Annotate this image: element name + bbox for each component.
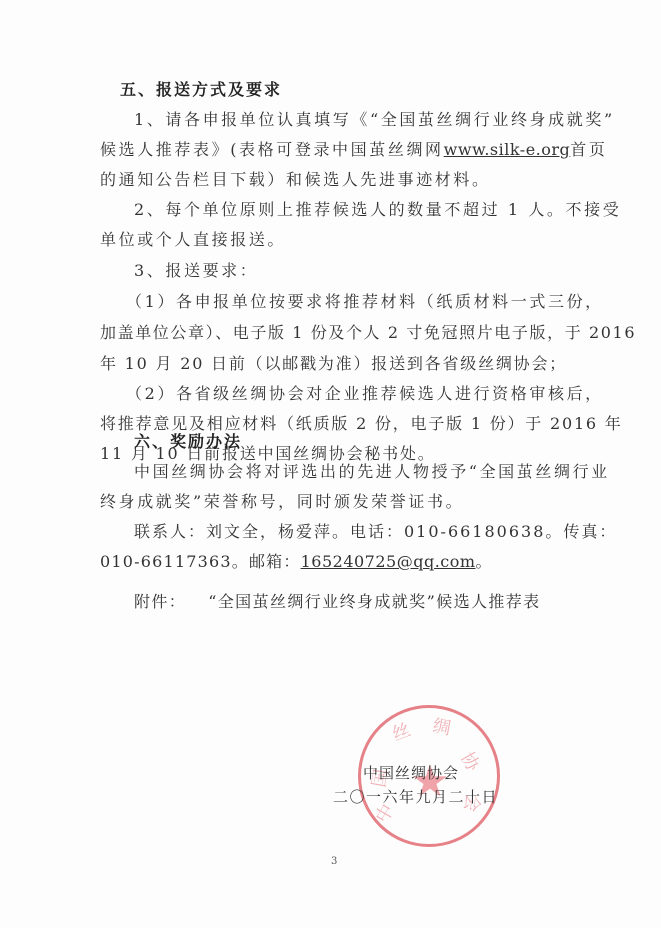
item-3-sub-1-line-2: 加盖单位公章）、电子版 1 份及个人 2 寸免冠照片电子版，于 2016 xyxy=(100,323,636,343)
contact-line-1: 联系人：刘文全，杨爱萍。电话：010-66180638。传真： xyxy=(134,522,617,542)
attachment-title[interactable]: “全国茧丝绸行业终身成就奖”候选人推荐表 xyxy=(208,592,540,611)
document-page: 五、报送方式及要求 1、请各申报单位认真填写《“全国茧丝绸行业终身成就奖” 候选… xyxy=(0,0,661,928)
item-1-line-2-text: 候选人推荐表》(表格可登录中国茧丝绸网 xyxy=(100,140,444,159)
contact-line-2: 010-66117363。邮箱：165240725@qq.com。 xyxy=(100,552,493,572)
item-1-line-2: 候选人推荐表》(表格可登录中国茧丝绸网www.silk-e.org首页 xyxy=(100,140,607,160)
section-5-heading: 五、报送方式及要求 xyxy=(120,80,282,100)
signature-date: 二〇一六年九月二十日 xyxy=(333,786,498,807)
item-2-line-1: 2、每个单位原则上推荐候选人的数量不超过 1 人。不接受 xyxy=(134,200,621,220)
section-6-heading: 六、奖励办法 xyxy=(134,432,242,452)
silk-website-link[interactable]: www.silk-e.org xyxy=(444,140,571,159)
item-3-sub-1-line-3: 年 10 月 20 日前（以邮戳为准）报送到各省级丝绸协会； xyxy=(100,354,567,374)
fax-and-email-label: 010-66117363。邮箱： xyxy=(100,552,301,571)
item-3-sub-1-line-1: （1）各申报单位按要求将推荐材料（纸质材料一式三份， xyxy=(126,292,604,312)
item-1-line-1: 1、请各申报单位认真填写《“全国茧丝绸行业终身成就奖” xyxy=(134,110,615,130)
signature-organization: 中国丝绸协会 xyxy=(363,762,459,783)
item-3-sub-2-line-1: （2）各省级丝绸协会对企业推荐候选人进行资格审核后， xyxy=(126,384,604,404)
attachment-line: 附件：“全国茧丝绸行业终身成就奖”候选人推荐表 xyxy=(134,592,541,612)
item-3-sub-2-line-2: 将推荐意见及相应材料（纸质版 2 份，电子版 1 份）于 2016 年 xyxy=(100,414,623,434)
section-6-para-line-1: 中国丝绸协会将对评选出的先进人物授予“全国茧丝绸行业 xyxy=(134,462,610,482)
item-1-line-2-suffix: 首页 xyxy=(570,140,607,159)
page-number: 3 xyxy=(331,856,337,867)
email-link[interactable]: 165240725@qq.com xyxy=(301,552,476,571)
item-2-line-2: 单位或个人直接报送。 xyxy=(100,230,286,250)
attachment-label: 附件： xyxy=(134,592,186,611)
item-1-line-3: 的通知公告栏目下载）和候选人先进事迹材料。 xyxy=(100,170,491,190)
section-6-para-line-2: 终身成就奖”荣誉称号，同时颁发荣誉证书。 xyxy=(100,492,464,512)
item-3-label: 3、报送要求： xyxy=(134,261,258,281)
contact-line-2-end: 。 xyxy=(476,552,493,571)
